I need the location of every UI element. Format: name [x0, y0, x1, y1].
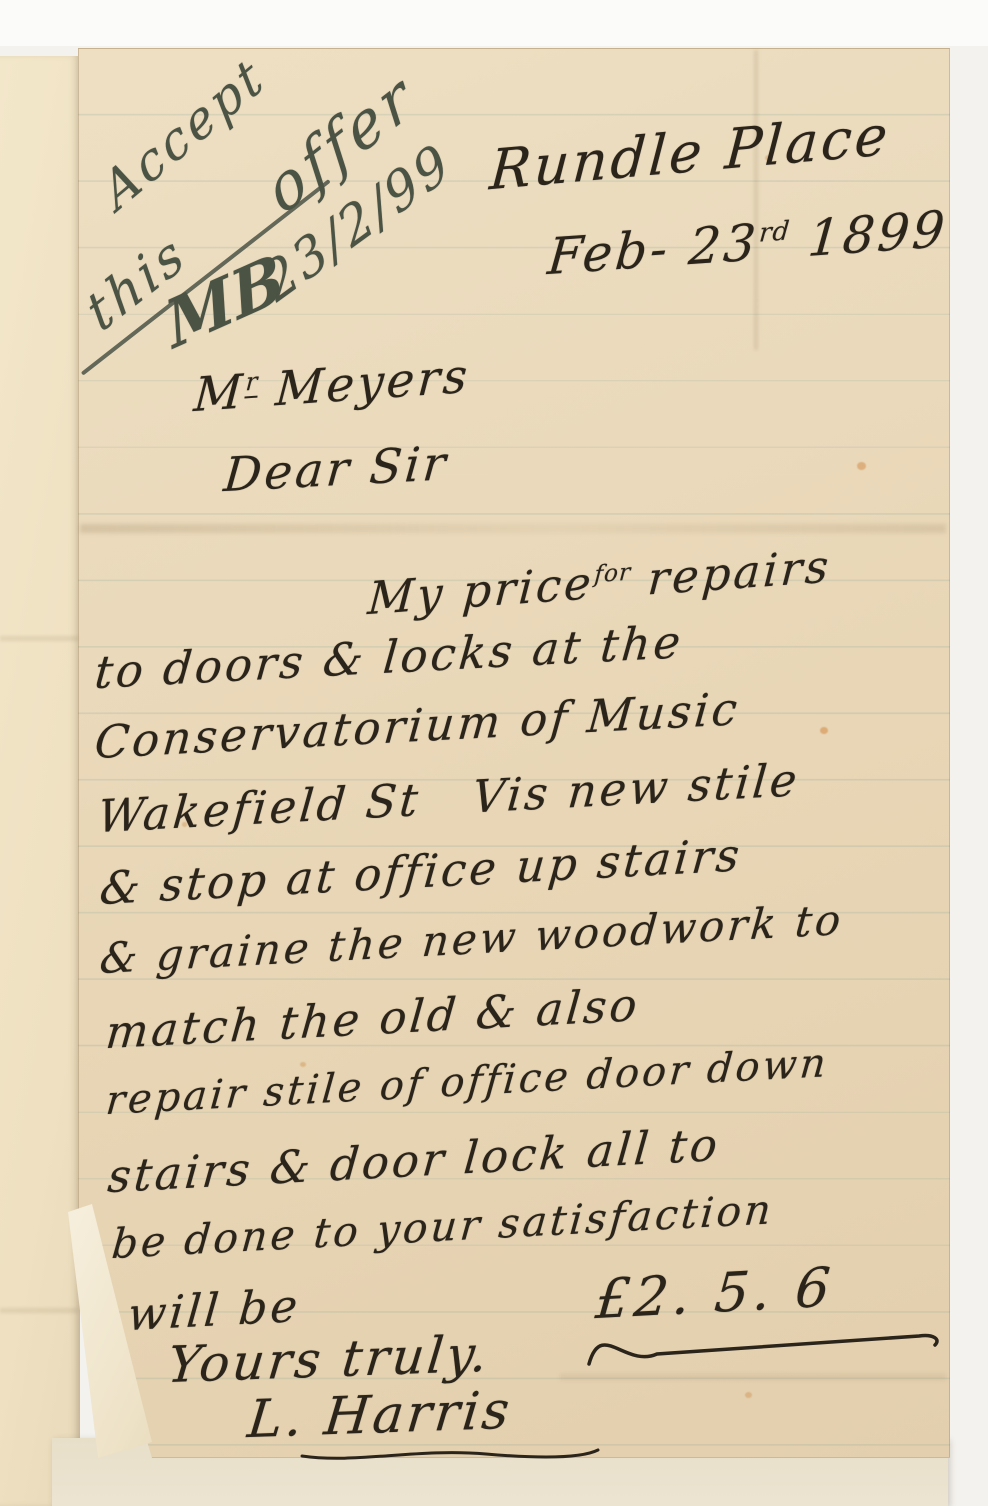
left-sheet-crease	[0, 636, 78, 641]
vertical-fold-crease	[754, 50, 758, 350]
foxing-speck	[820, 727, 828, 734]
amount-underline-flourish	[575, 1312, 955, 1372]
body-line-1-sup: for	[593, 557, 632, 588]
left-sheet-crease-lower	[0, 1308, 78, 1313]
underlying-sheet-left	[0, 56, 80, 1506]
horizontal-fold-crease	[80, 524, 946, 533]
scanned-letter-page: Accept offer this MB 23/2/99 Rundle Plac…	[0, 0, 988, 1506]
date-ordinal: rd	[758, 216, 792, 248]
foxing-speck	[857, 462, 866, 470]
recipient-title: M	[192, 364, 247, 423]
foxing-speck	[745, 1392, 752, 1398]
date-year: 1899	[787, 200, 950, 270]
foxing-speck	[300, 1062, 306, 1067]
horizontal-fold-crease-lower	[560, 1374, 946, 1380]
signature-underline-flourish	[296, 1442, 606, 1468]
signature: L. Harris	[245, 1381, 515, 1450]
